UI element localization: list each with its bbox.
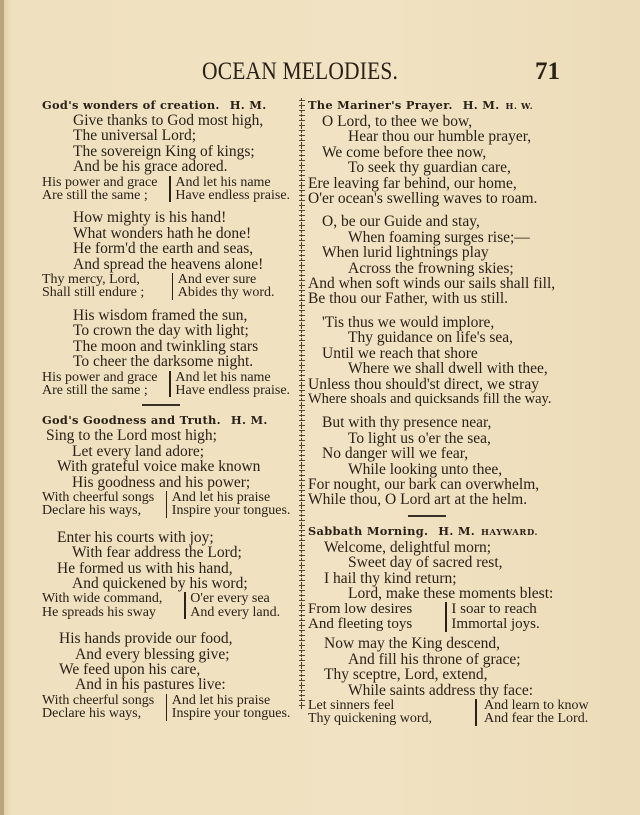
- verse-line: His goodness and his power;: [42, 475, 297, 490]
- chorus: His power and graceAre still the same ; …: [42, 371, 297, 398]
- running-title: OCEAN MELODIES.: [202, 58, 398, 86]
- chorus-line: I soar to reach: [451, 602, 568, 617]
- chorus-line: He spreads his sway: [42, 606, 179, 619]
- chorus-line: And fleeting toys: [308, 617, 440, 632]
- chorus-divider: [166, 491, 168, 518]
- hymn-title-text: Sabbath Morning.: [308, 524, 428, 538]
- chorus-line: With cheerful songs: [42, 491, 161, 504]
- hymn-gods-wonders: God's wonders of creation.H. M. Give tha…: [42, 97, 297, 397]
- stanza: Sing to the Lord most high; Let every la…: [42, 428, 297, 517]
- verse-line: Sing to the Lord most high;: [42, 428, 297, 443]
- verse-line: While thou, O Lord art at the helm.: [308, 492, 568, 507]
- chorus: His power and graceAre still the same ; …: [42, 176, 297, 203]
- chorus: With cheerful songsDeclare his ways, And…: [42, 694, 297, 721]
- verse-line: To crown the day with light;: [42, 323, 297, 338]
- verse-line: And be his grace adored.: [42, 159, 297, 174]
- stanza: O, be our Guide and stay, When foaming s…: [308, 214, 568, 306]
- verse-line: What wonders hath he done!: [42, 226, 297, 241]
- chorus-divider: [166, 694, 168, 721]
- stanza: 'Tis thus we would implore, Thy guidance…: [308, 315, 568, 407]
- chorus-line: With cheerful songs: [42, 694, 161, 707]
- hymn-title: God's wonders of creation.H. M.: [42, 97, 297, 113]
- stanza: Now may the King descend, And fill his t…: [308, 636, 568, 725]
- verse-line: The moon and twinkling stars: [42, 339, 297, 354]
- chorus-line: Are still the same ;: [42, 384, 164, 397]
- chorus-line: Inspire your tongues.: [172, 504, 297, 517]
- chorus-divider: [475, 699, 477, 726]
- section-rule: [408, 515, 446, 517]
- hymn-gods-goodness: God's Goodness and Truth.H. M. Sing to t…: [42, 412, 297, 720]
- chorus: From low desiresAnd fleeting toys I soar…: [308, 602, 568, 632]
- verse-line: And spread the heavens alone!: [42, 257, 297, 272]
- chorus: Thy mercy, Lord,Shall still endure ; And…: [42, 273, 297, 300]
- verse-line: Across the frowning skies;: [308, 261, 568, 276]
- verse-line: Thy guidance on life's sea,: [308, 330, 568, 345]
- chorus-line: Declare his ways,: [42, 504, 161, 517]
- hymn-meter: H. M.: [231, 413, 268, 427]
- verse-line: Now may the King descend,: [308, 636, 568, 651]
- chorus-line: Immortal joys.: [451, 617, 568, 632]
- hymn-author: HAYWARD.: [481, 527, 538, 537]
- hymn-title: The Mariner's Prayer.H. M.H. W.: [308, 97, 568, 114]
- chorus-divider: [184, 592, 186, 619]
- hymn-title: God's Goodness and Truth.H. M.: [42, 412, 297, 428]
- verse-line: To light us o'er the sea,: [308, 431, 568, 446]
- chorus-line: And let his name: [175, 371, 297, 384]
- verse-line: Where shoals and quicksands fill the way…: [308, 392, 568, 407]
- chorus-line: Let sinners feel: [308, 699, 432, 712]
- stanza: Enter his courts with joy; With fear add…: [42, 530, 297, 619]
- chorus-line: Have endless praise.: [175, 189, 297, 202]
- hymn-author: H. W.: [506, 101, 534, 111]
- hymn-title: Sabbath Morning.H. M.HAYWARD.: [308, 523, 568, 540]
- verse-line: Be thou our Father, with us still.: [308, 291, 568, 306]
- hymn-title-text: God's wonders of creation.: [42, 98, 220, 112]
- verse-line: The sovereign King of kings;: [42, 144, 297, 159]
- verse-line: Welcome, delightful morn;: [308, 540, 568, 555]
- verse-line: To seek thy guardian care,: [308, 160, 568, 175]
- verse-line: And fill his throne of grace;: [308, 652, 568, 667]
- verse-line: When lurid lightnings play: [308, 245, 568, 260]
- chorus-line: With wide command,: [42, 592, 179, 605]
- chorus: Let sinners feelThy quickening word, And…: [308, 699, 568, 726]
- hymn-meter: H. M.: [463, 98, 500, 112]
- verse-line: 'Tis thus we would implore,: [308, 315, 568, 330]
- chorus-line: Have endless praise.: [175, 384, 297, 397]
- chorus-divider: [445, 602, 447, 632]
- verse-line: Ere leaving far behind, our home,: [308, 176, 568, 191]
- chorus-line: And ever sure: [178, 273, 297, 286]
- chorus-divider: [172, 273, 174, 300]
- section-rule: [142, 404, 180, 406]
- verse-line: No danger will we fear,: [308, 446, 568, 461]
- verse-line: While saints address thy face:: [308, 683, 568, 698]
- verse-line: O Lord, to thee we bow,: [308, 114, 568, 129]
- verse-line: And when soft winds our sails shall fill…: [308, 276, 568, 291]
- chorus-line: Inspire your tongues.: [172, 707, 297, 720]
- chorus-line: And let his praise: [172, 491, 297, 504]
- verse-line: And every blessing give;: [42, 647, 297, 662]
- chorus-line: And every land.: [190, 606, 297, 619]
- right-column: The Mariner's Prayer.H. M.H. W. O Lord, …: [308, 97, 568, 726]
- verse-line: To cheer the darksome night.: [42, 354, 297, 369]
- verse-line: His wisdom framed the sun,: [42, 308, 297, 323]
- chorus-line: O'er every sea: [190, 592, 297, 605]
- verse-line: Give thanks to God most high,: [42, 113, 297, 128]
- stanza: How mighty is his hand! What wonders hat…: [42, 210, 297, 299]
- verse-line: Until we reach that shore: [308, 346, 568, 361]
- stanza: Give thanks to God most high, The univer…: [42, 113, 297, 202]
- hymn-mariners-prayer: The Mariner's Prayer.H. M.H. W. O Lord, …: [308, 97, 568, 508]
- column-divider: [299, 98, 305, 710]
- stanza: Welcome, delightful morn; Sweet day of s…: [308, 540, 568, 633]
- verse-line: Lord, make these moments blest:: [308, 586, 568, 601]
- page-number: 71: [535, 58, 560, 86]
- verse-line: Hear thou our humble prayer,: [308, 129, 568, 144]
- stanza: But with thy presence near, To light us …: [308, 415, 568, 507]
- hymn-title-text: The Mariner's Prayer.: [308, 98, 453, 112]
- verse-line: O'er ocean's swelling waves to roam.: [308, 191, 568, 206]
- verse-line: Enter his courts with joy;: [42, 530, 297, 545]
- stanza: His hands provide our food, And every bl…: [42, 631, 297, 720]
- chorus-line: Thy mercy, Lord,: [42, 273, 167, 286]
- verse-line: We feed upon his care,: [42, 662, 297, 677]
- chorus-line: Are still the same ;: [42, 189, 164, 202]
- verse-line: But with thy presence near,: [308, 415, 568, 430]
- verse-line: He formed us with his hand,: [42, 561, 297, 576]
- chorus-divider: [169, 371, 171, 398]
- verse-line: When foaming surges rise;—: [308, 230, 568, 245]
- verse-line: With fear address the Lord;: [42, 545, 297, 560]
- verse-line: Thy sceptre, Lord, extend,: [308, 667, 568, 682]
- hymn-title-text: God's Goodness and Truth.: [42, 413, 221, 427]
- chorus-line: From low desires: [308, 602, 440, 617]
- verse-line: And in his pastures live:: [42, 677, 297, 692]
- hymn-meter: H. M.: [230, 98, 267, 112]
- hymn-sabbath-morning: Sabbath Morning.H. M.HAYWARD. Welcome, d…: [308, 523, 568, 726]
- left-column: God's wonders of creation.H. M. Give tha…: [42, 97, 297, 721]
- verse-line: Where we shall dwell with thee,: [308, 361, 568, 376]
- stanza: O Lord, to thee we bow, Hear thou our hu…: [308, 114, 568, 206]
- stanza: His wisdom framed the sun, To crown the …: [42, 308, 297, 397]
- chorus-line: Shall still endure ;: [42, 286, 167, 299]
- chorus-line: Thy quickening word,: [308, 712, 432, 725]
- verse-line: He form'd the earth and seas,: [42, 241, 297, 256]
- verse-line: For nought, our bark can overwhelm,: [308, 477, 568, 492]
- chorus-line: And learn to know: [484, 699, 589, 712]
- chorus-line: His power and grace: [42, 176, 164, 189]
- verse-line: I hail thy kind return;: [308, 571, 568, 586]
- verse-line: We come before thee now,: [308, 145, 568, 160]
- chorus: With cheerful songsDeclare his ways, And…: [42, 491, 297, 518]
- chorus-line: And let his name: [175, 176, 297, 189]
- chorus-line: And fear the Lord.: [484, 712, 589, 725]
- verse-line: Unless thou should'st direct, we stray: [308, 377, 568, 392]
- chorus-line: His power and grace: [42, 371, 164, 384]
- verse-line: His hands provide our food,: [42, 631, 297, 646]
- verse-line: And quickened by his word;: [42, 576, 297, 591]
- verse-line: Sweet day of sacred rest,: [308, 555, 568, 570]
- page-header: OCEAN MELODIES. 71: [0, 58, 640, 88]
- chorus: With wide command,He spreads his sway O'…: [42, 592, 297, 619]
- verse-line: Let every land adore;: [42, 444, 297, 459]
- verse-line: While looking unto thee,: [308, 462, 568, 477]
- hymn-meter: H. M.: [438, 524, 475, 538]
- verse-line: How mighty is his hand!: [42, 210, 297, 225]
- chorus-line: Abides thy word.: [178, 286, 297, 299]
- verse-line: The universal Lord;: [42, 128, 297, 143]
- chorus-line: And let his praise: [172, 694, 297, 707]
- chorus-divider: [169, 176, 171, 203]
- chorus-line: Declare his ways,: [42, 707, 161, 720]
- verse-line: With grateful voice make known: [42, 459, 297, 474]
- verse-line: O, be our Guide and stay,: [308, 214, 568, 229]
- book-gutter: [0, 0, 4, 815]
